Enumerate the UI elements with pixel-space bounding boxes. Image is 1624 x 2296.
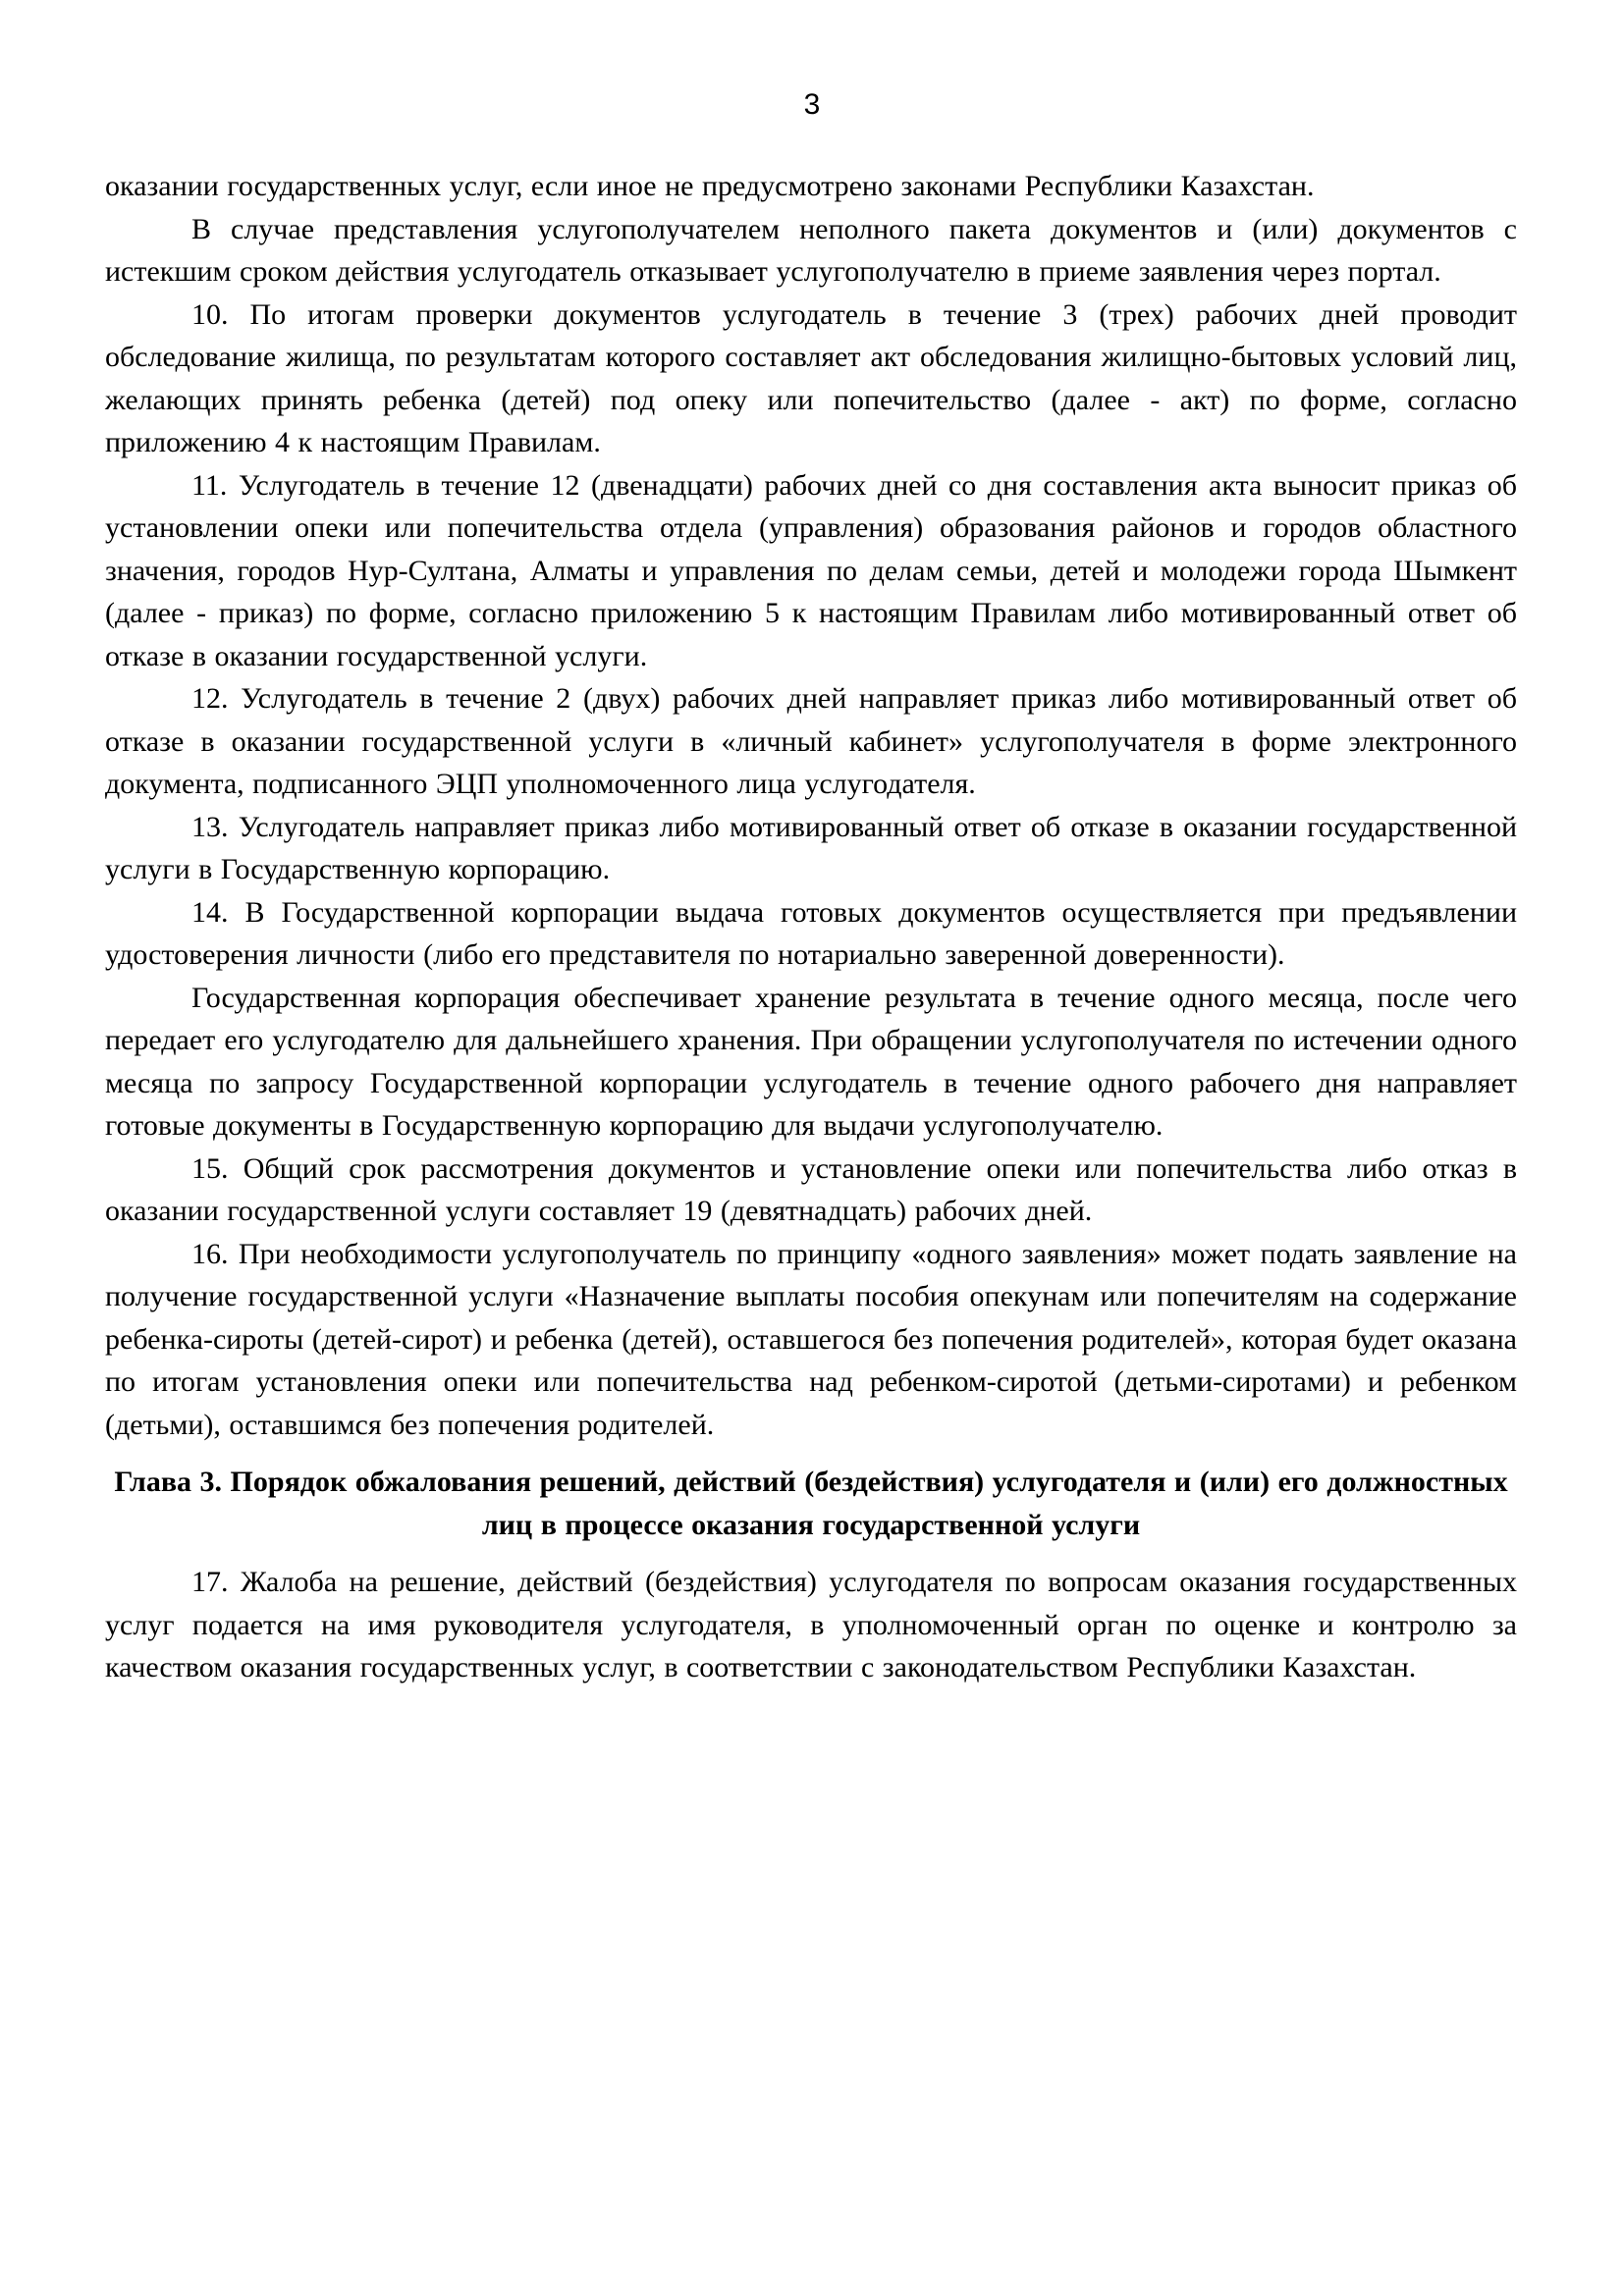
body-paragraph: 12. Услугодатель в течение 2 (двух) рабо… xyxy=(105,677,1517,806)
chapter-heading: Глава 3. Порядок обжалования решений, де… xyxy=(105,1461,1517,1546)
body-paragraph: 10. По итогам проверки документов услуго… xyxy=(105,294,1517,464)
body-paragraph: Государственная корпорация обеспечивает … xyxy=(105,977,1517,1148)
body-paragraph: оказании государственных услуг, если ино… xyxy=(105,165,1517,208)
body-paragraph: 17. Жалоба на решение, действий (бездейс… xyxy=(105,1561,1517,1689)
page-number: 3 xyxy=(0,88,1624,122)
body-paragraph: 13. Услугодатель направляет приказ либо … xyxy=(105,806,1517,891)
body-paragraph: 14. В Государственной корпорации выдача … xyxy=(105,891,1517,977)
body-paragraph: В случае представления услугополучателем… xyxy=(105,208,1517,294)
document-body: оказании государственных услуг, если ино… xyxy=(105,165,1517,1689)
document-page: 3 оказании государственных услуг, если и… xyxy=(0,0,1624,2296)
body-paragraph: 11. Услугодатель в течение 12 (двенадцат… xyxy=(105,464,1517,678)
body-paragraph: 15. Общий срок рассмотрения документов и… xyxy=(105,1148,1517,1233)
body-paragraph: 16. При необходимости услугополучатель п… xyxy=(105,1233,1517,1447)
